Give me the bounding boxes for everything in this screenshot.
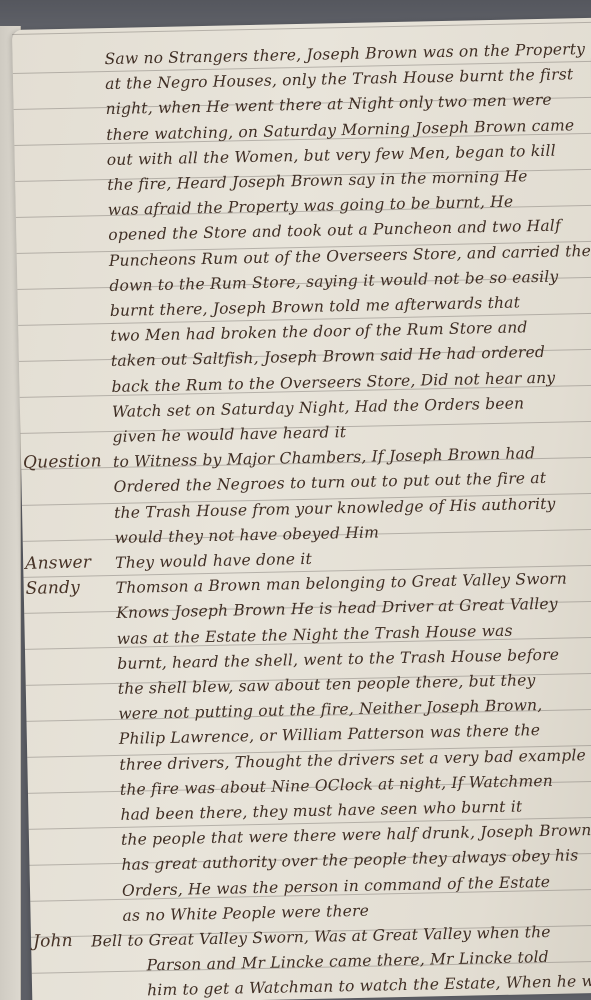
line-text: him to get a Watchman to watch the Estat… bbox=[147, 972, 591, 1000]
manuscript-page: Saw no Strangers there, Joseph Brown was… bbox=[12, 18, 591, 1000]
